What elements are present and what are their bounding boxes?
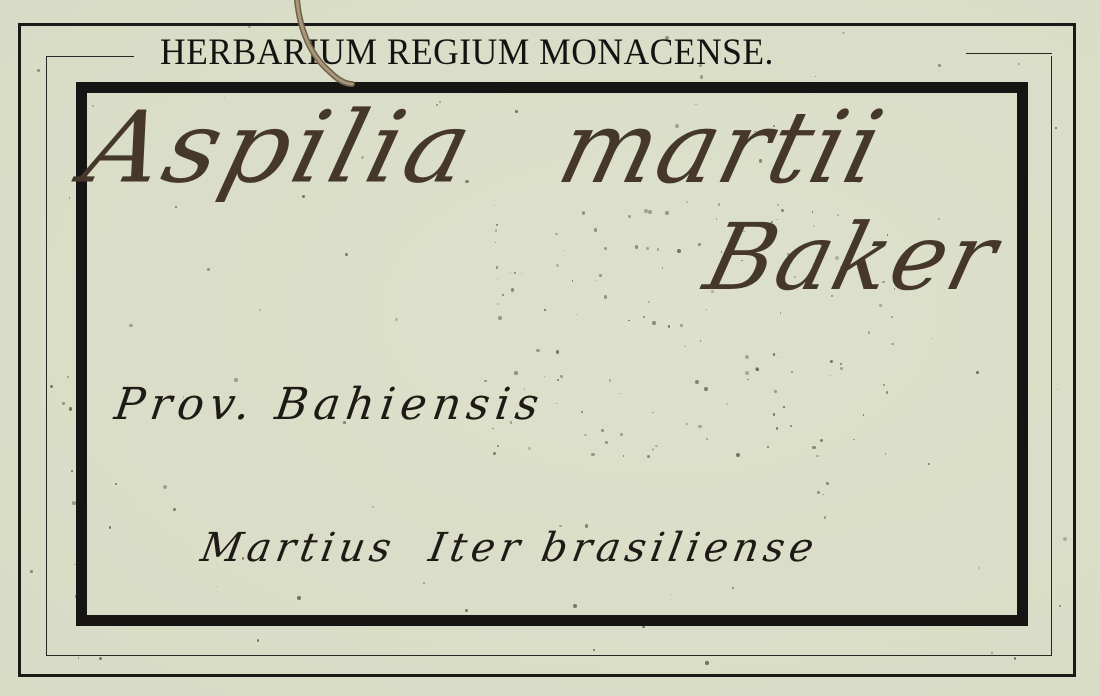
expedition-name: Iter brasiliense: [426, 525, 823, 571]
institution-header: HERBARIUM REGIUM MONACENSE.: [160, 33, 928, 73]
locality-text: Prov. Bahiensis: [112, 383, 548, 427]
middle-rule-top-left: [46, 56, 134, 57]
taxon-author: Baker: [697, 212, 1007, 304]
collector-name: Martius: [197, 525, 399, 571]
collection-line: MartiusIter brasiliense: [198, 528, 822, 568]
taxon-genus: Aspilia: [75, 98, 484, 197]
middle-rule-top-right: [966, 53, 1052, 54]
taxon-species: martii: [550, 98, 893, 198]
